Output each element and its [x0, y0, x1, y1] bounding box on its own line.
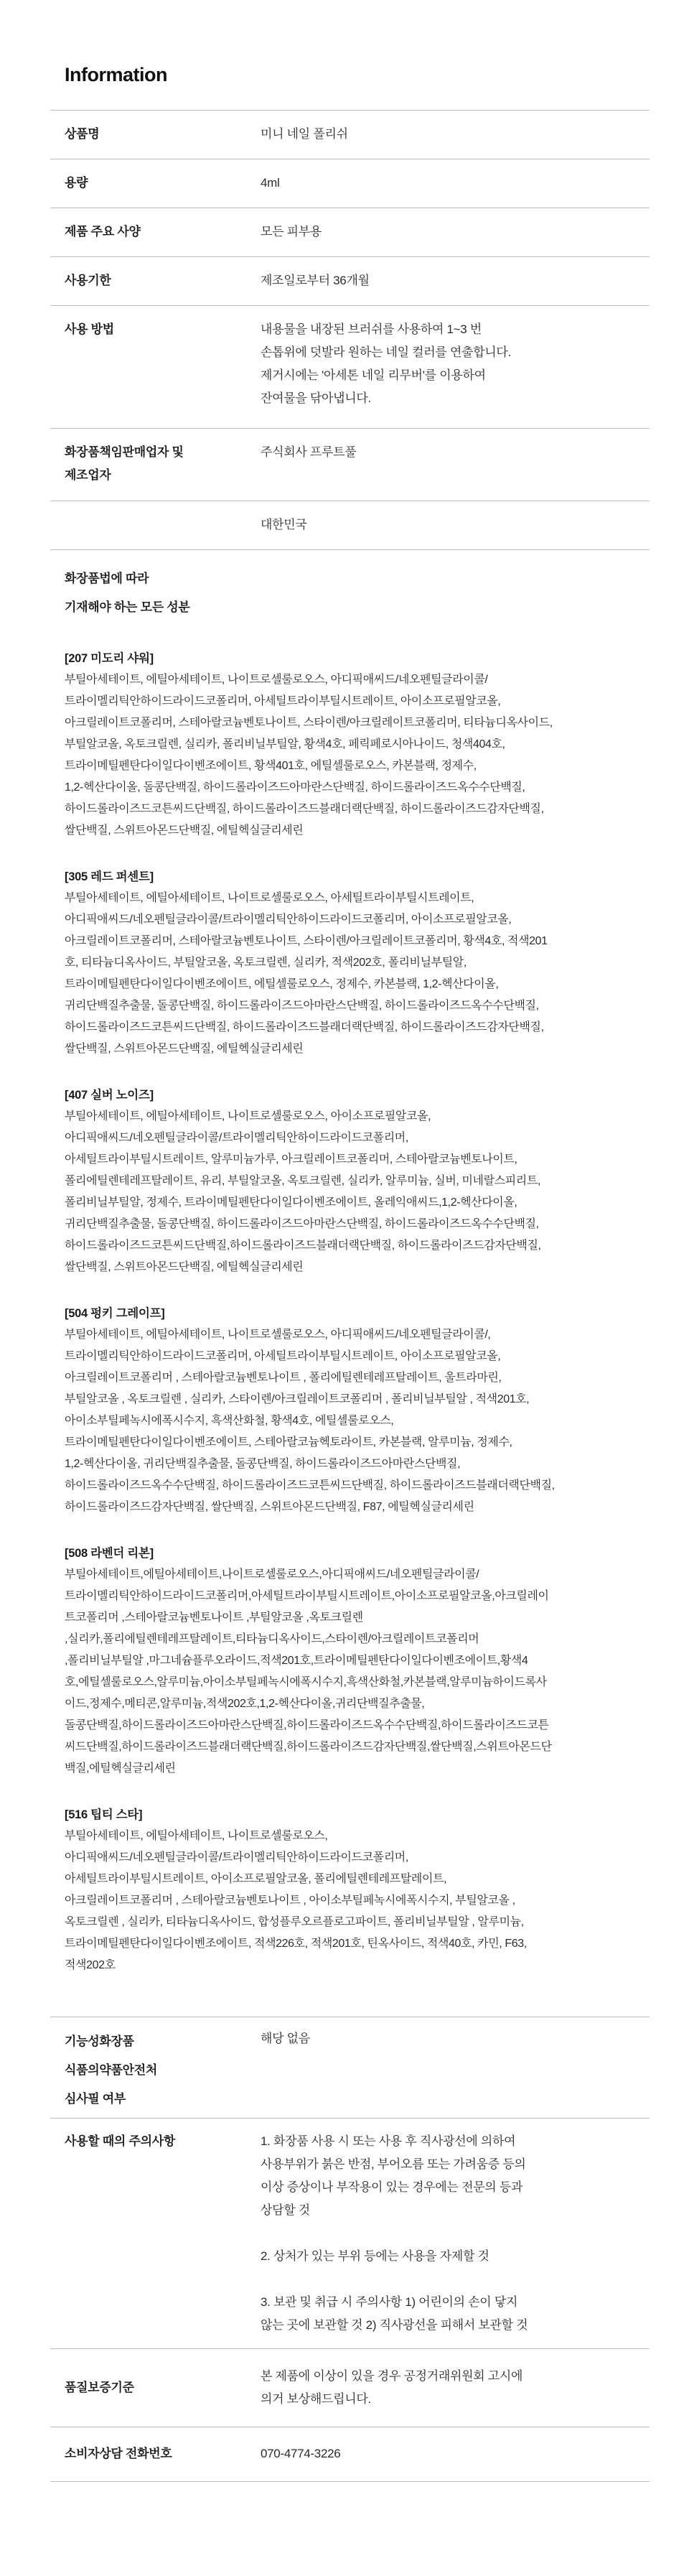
ingredient-block-516: [516 팁티 스타] 부틸아세테이트, 에틸아세테이트, 나이트로셀룰로오스,… — [65, 1804, 635, 1976]
ingredient-block-title: [305 레드 퍼센트] — [65, 866, 635, 888]
row-label: 화장품책임판매업자 및 제조업자 — [65, 441, 261, 487]
row-usage-directions: 사용 방법 내용물을 내장된 브러쉬를 사용하여 1~3 번 손톱위에 덧발라 … — [50, 305, 650, 428]
row-product-name: 상품명 미니 네일 폴리쉬 — [50, 110, 650, 159]
row-label: 사용 방법 — [65, 318, 261, 410]
ingredients-list: [207 미도리 샤워] 부틸아세테이트, 에틸아세테이트, 나이트로셀룰로오스… — [50, 648, 650, 1976]
row-label: 소비자상담 전화번호 — [65, 2442, 261, 2465]
info-table: 상품명 미니 네일 폴리쉬 용량 4ml 제품 주요 사양 모든 피부용 사용기… — [50, 110, 650, 2482]
ingredient-block-504: [504 펑키 그레이프] 부틸아세테이트, 에틸아세테이트, 나이트로셀룰로오… — [65, 1303, 635, 1518]
ingredient-block-title: [207 미도리 샤워] — [65, 648, 635, 669]
row-value: 해당 없음 — [261, 2027, 635, 2114]
ingredient-block-508: [508 라벤더 리본] 부틸아세테이트,에틸아세테이트,나이트로셀룰로오스,아… — [65, 1543, 635, 1780]
row-value: 대한민국 — [261, 513, 635, 536]
ingredient-block-407: [407 실버 노이즈] 부틸아세테이트, 에틸아세테이트, 나이트로셀룰로오스… — [65, 1084, 635, 1278]
row-functional-cosmetics-review: 기능성화장품 식품의약품안전처 심사필 여부 해당 없음 — [50, 2017, 650, 2118]
ingredients-heading-row: 화장품법에 따라 기재해야 하는 모든 성분 — [50, 549, 650, 622]
row-value: 미니 네일 폴리쉬 — [261, 123, 635, 146]
ingredient-block-text: 부틸아세테이트, 에틸아세테이트, 나이트로셀룰로오스, 아이소프로필알코올, … — [65, 1106, 635, 1278]
row-value: 내용물을 내장된 브러쉬를 사용하여 1~3 번 손톱위에 덧발라 원하는 네일… — [261, 318, 635, 410]
ingredient-block-text: 부틸아세테이트, 에틸아세테이트, 나이트로셀룰로오스, 아디픽애씨드/네오펜틸… — [65, 1826, 635, 1976]
phone-number: 070-4774-3226 — [261, 2442, 635, 2465]
ingredient-block-title: [407 실버 노이즈] — [65, 1084, 635, 1106]
page-title: Information — [65, 60, 650, 89]
row-quality-warranty: 품질보증기준 본 제품에 이상이 있을 경우 공정거래위원회 고시에 의거 보상… — [50, 2348, 650, 2427]
row-product-spec: 제품 주요 사양 모든 피부용 — [50, 208, 650, 256]
ingredient-block-text: 부틸아세테이트,에틸아세테이트,나이트로셀룰로오스,아디픽애씨드/네오펜틸글라이… — [65, 1564, 635, 1780]
ingredient-block-text: 부틸아세테이트, 에틸아세테이트, 나이트로셀룰로오스, 아세틸트라이부틸시트레… — [65, 888, 635, 1060]
row-value: 4ml — [261, 172, 635, 195]
ingredient-block-text: 부틸아세테이트, 에틸아세테이트, 나이트로셀룰로오스, 아디픽애씨드/네오펜틸… — [65, 1324, 635, 1518]
information-page: Information 상품명 미니 네일 폴리쉬 용량 4ml 제품 주요 사… — [50, 0, 650, 2482]
row-cautions: 사용할 때의 주의사항 1. 화장품 사용 시 또는 사용 후 직사광선에 의하… — [50, 2118, 650, 2348]
row-label: 용량 — [65, 172, 261, 195]
ingredients-heading: 화장품법에 따라 기재해야 하는 모든 성분 — [65, 564, 635, 622]
ingredient-block-title: [516 팁티 스타] — [65, 1804, 635, 1826]
row-label — [65, 513, 261, 536]
row-label: 품질보증기준 — [65, 2376, 261, 2399]
row-country-of-origin: 대한민국 — [50, 501, 650, 549]
row-seller-manufacturer: 화장품책임판매업자 및 제조업자 주식회사 프루트풀 — [50, 428, 650, 501]
row-label: 사용기한 — [65, 269, 261, 292]
ingredient-block-207: [207 미도리 샤워] 부틸아세테이트, 에틸아세테이트, 나이트로셀룰로오스… — [65, 648, 635, 842]
row-expiration: 사용기한 제조일로부터 36개월 — [50, 256, 650, 305]
row-volume: 용량 4ml — [50, 159, 650, 208]
ingredient-block-title: [508 라벤더 리본] — [65, 1543, 635, 1564]
row-label: 상품명 — [65, 123, 261, 146]
row-customer-service-phone: 소비자상담 전화번호 070-4774-3226 — [50, 2427, 650, 2482]
row-value: 주식회사 프루트풀 — [261, 441, 635, 487]
row-label: 제품 주요 사양 — [65, 220, 261, 243]
ingredient-block-title: [504 펑키 그레이프] — [65, 1303, 635, 1324]
row-label: 기능성화장품 식품의약품안전처 심사필 여부 — [65, 2027, 261, 2114]
row-value: 모든 피부용 — [261, 220, 635, 243]
row-label: 사용할 때의 주의사항 — [65, 2130, 261, 2337]
row-value: 제조일로부터 36개월 — [261, 269, 635, 292]
ingredient-block-text: 부틸아세테이트, 에틸아세테이트, 나이트로셀룰로오스, 아디픽애씨드/네오펜틸… — [65, 669, 635, 842]
ingredient-block-305: [305 레드 퍼센트] 부틸아세테이트, 에틸아세테이트, 나이트로셀룰로오스… — [65, 866, 635, 1060]
row-value: 본 제품에 이상이 있을 경우 공정거래위원회 고시에 의거 보상해드립니다. — [261, 2365, 635, 2411]
row-value: 1. 화장품 사용 시 또는 사용 후 직사광선에 의하여 사용부위가 붉은 반… — [261, 2130, 635, 2337]
